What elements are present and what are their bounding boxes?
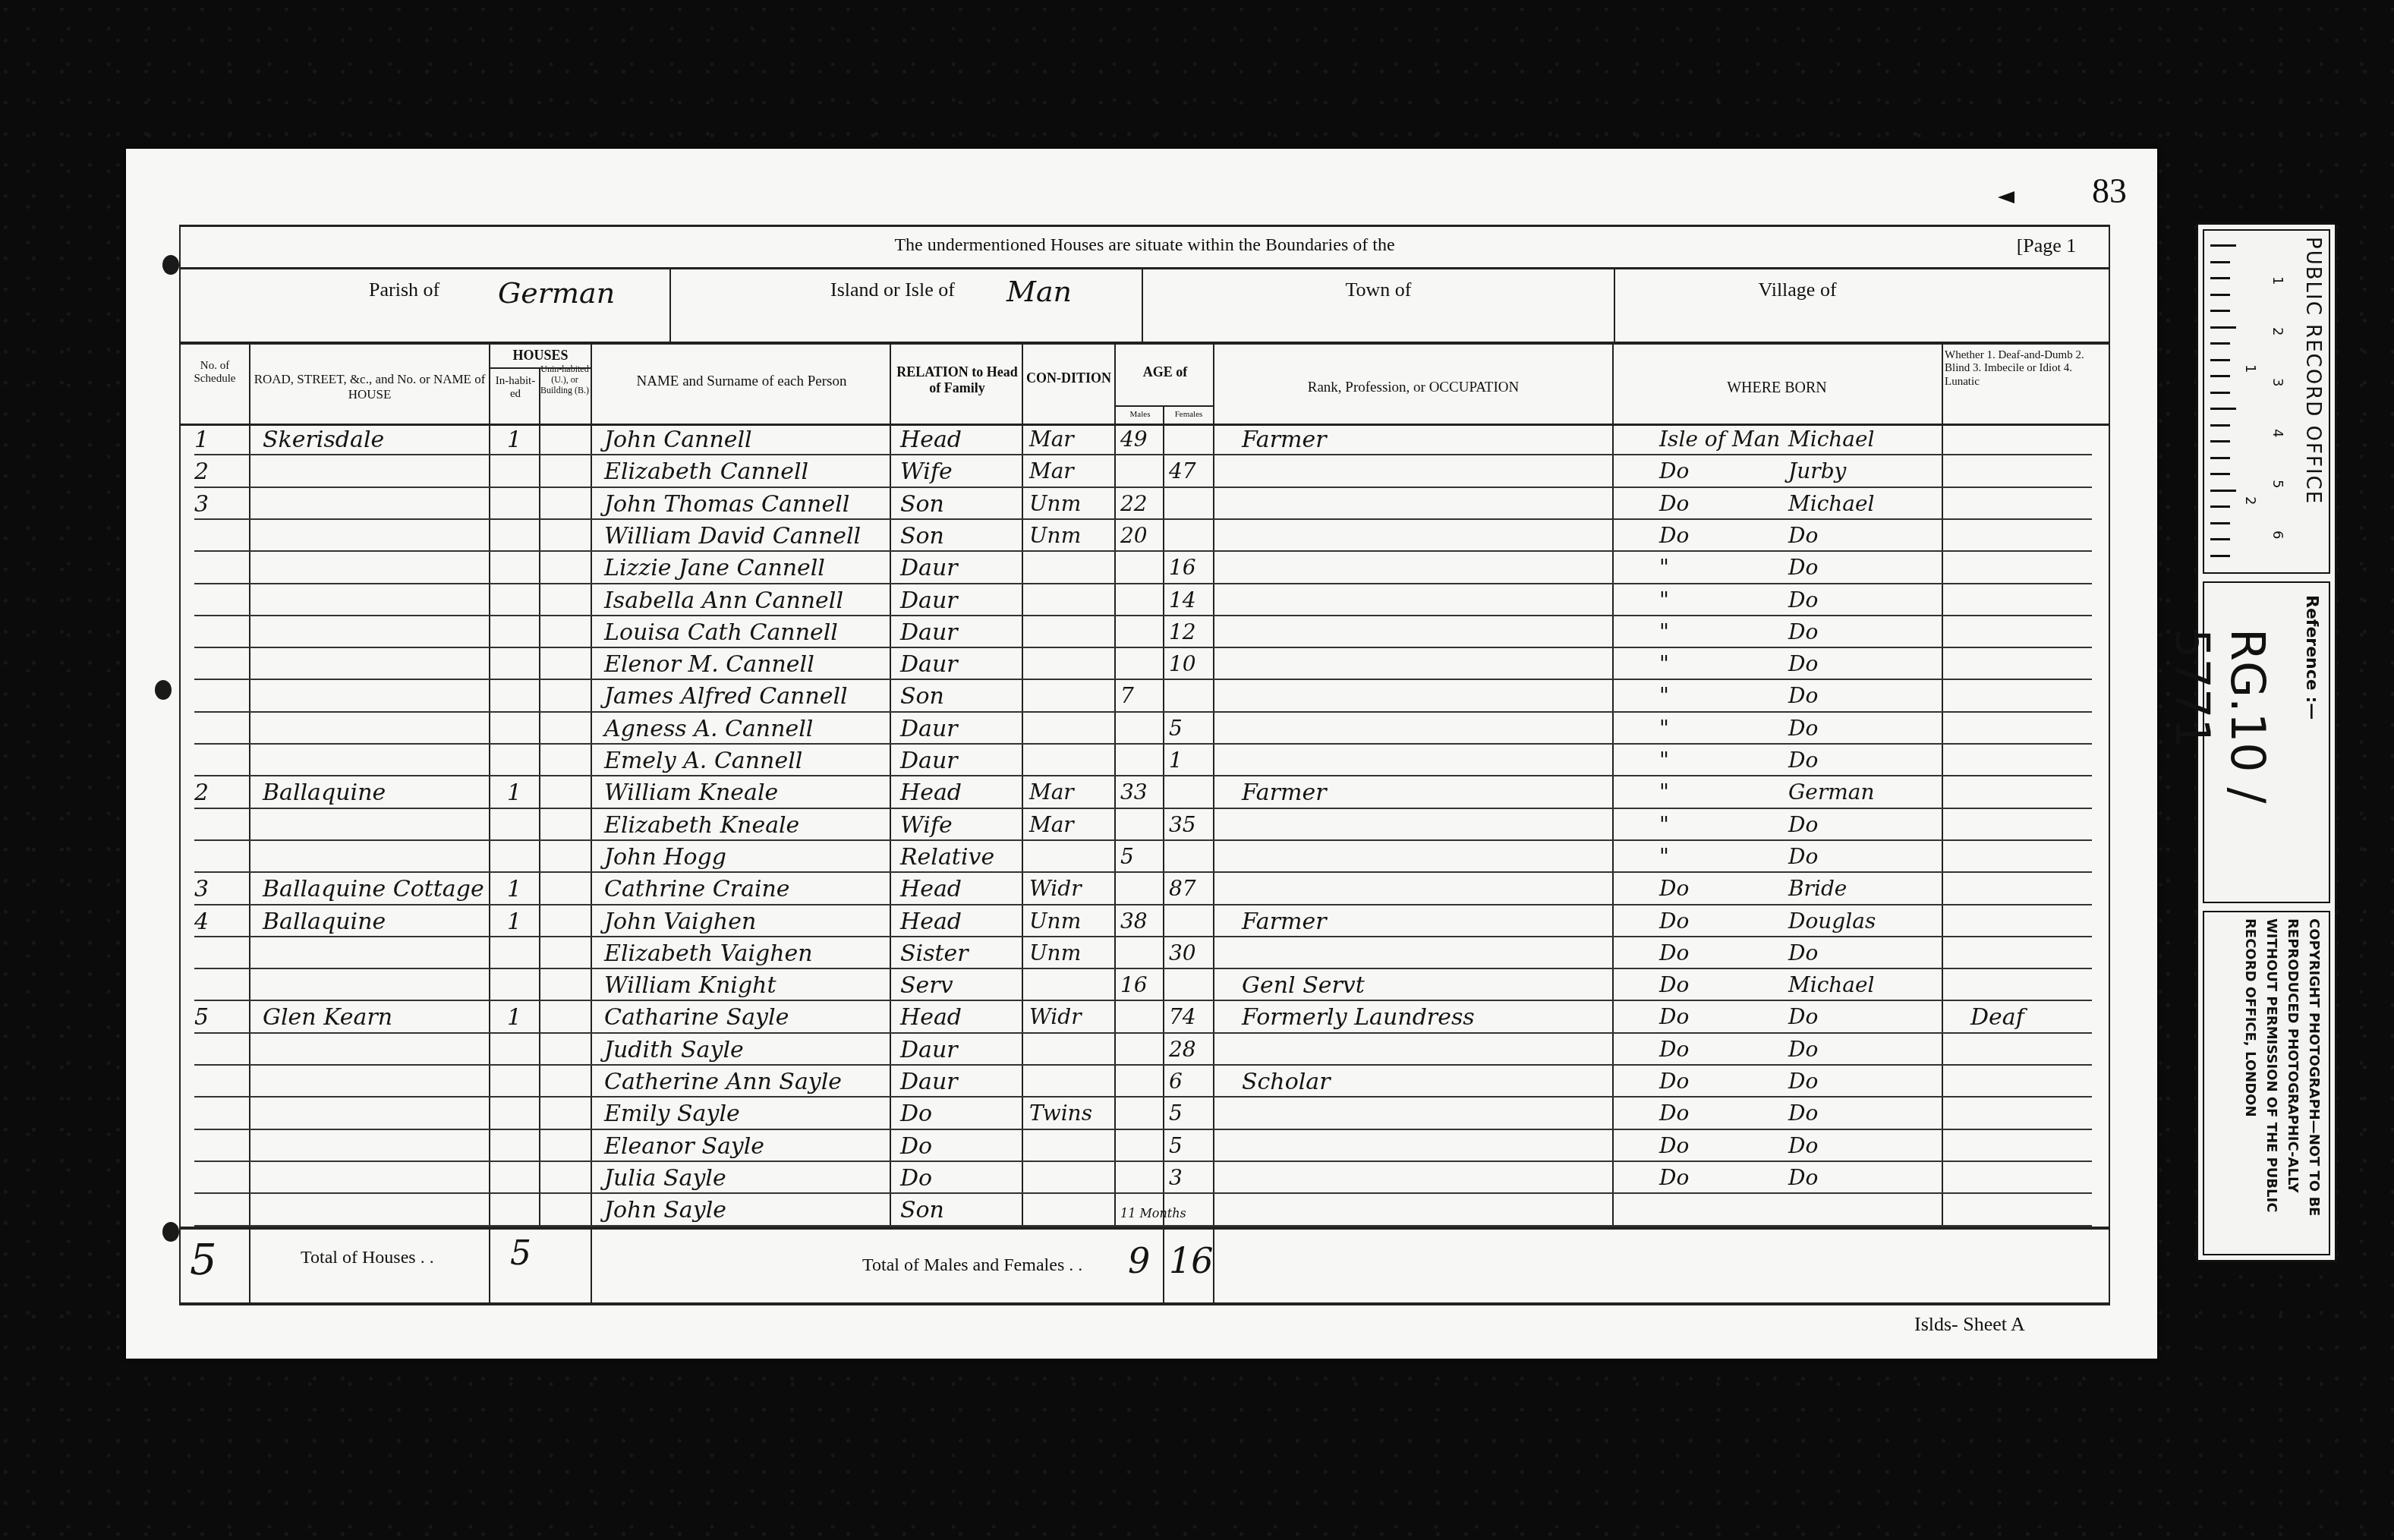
col-females: Females: [1164, 410, 1213, 420]
ruler-tick: [2210, 505, 2230, 508]
male-age: 38: [1120, 909, 1148, 934]
person-name: Cathrine Craine: [604, 876, 790, 902]
reference-box: Reference :— RG.10 / 5771: [2203, 581, 2330, 903]
female-age: 35: [1169, 812, 1196, 837]
row-rule: [194, 871, 2092, 873]
person-name: Elizabeth Cannell: [604, 458, 808, 485]
birthplace-county: ": [1659, 651, 1669, 676]
row-rule: [194, 1192, 2092, 1194]
person-name: Emely A. Cannell: [604, 748, 802, 774]
female-age: 10: [1169, 651, 1196, 676]
male-age: 5: [1120, 844, 1134, 869]
ruler-tick: [2210, 490, 2236, 492]
person-name: William Knight: [604, 972, 776, 999]
birthplace-parish: Do: [1788, 1101, 1818, 1126]
birthplace-parish: Jurby: [1788, 458, 1846, 483]
occupation: Formerly Laundress: [1242, 1004, 1475, 1031]
binding-hole: [162, 255, 179, 275]
person-name: Agness A. Cannell: [604, 716, 813, 742]
relation: Relative: [900, 844, 994, 871]
person-name: John Sayle: [604, 1197, 726, 1223]
row-rule: [194, 936, 2092, 937]
reference-label: Reference :—: [2302, 595, 2321, 720]
condition: Widr: [1029, 1004, 1082, 1029]
relation: Wife: [900, 812, 953, 839]
parish-label: Parish of: [369, 279, 439, 301]
relation: Head: [900, 876, 962, 902]
row-rule: [194, 711, 2092, 713]
condition: Unm: [1029, 491, 1081, 516]
inhabited-count: 1: [507, 779, 521, 806]
birthplace-parish: Do: [1788, 587, 1818, 613]
person-name: William Kneale: [604, 779, 778, 806]
row-rule: [194, 550, 2092, 552]
relation: Son: [900, 1197, 944, 1223]
condition: Twins: [1029, 1101, 1092, 1126]
col-road: ROAD, STREET, &c., and No. or NAME of HO…: [252, 372, 487, 402]
condition: Unm: [1029, 940, 1081, 965]
col-infirmity: Whether 1. Deaf-and-Dumb 2. Blind 3. Imb…: [1945, 349, 2107, 389]
col-condition: CON-DITION: [1023, 370, 1114, 386]
birthplace-county: Do: [1659, 1004, 1689, 1029]
binding-hole: [155, 680, 172, 700]
house-name: Ballaquine: [263, 909, 386, 935]
col-houses: HOUSES: [492, 348, 589, 364]
ruler-cm-label: 3: [2270, 378, 2285, 386]
male-age: 11 Months: [1120, 1206, 1186, 1220]
birthplace-county: Do: [1659, 491, 1689, 516]
birthplace-county: Do: [1659, 1101, 1689, 1126]
female-age: 28: [1169, 1037, 1196, 1062]
female-age: 5: [1169, 716, 1183, 741]
male-age: 33: [1120, 779, 1148, 805]
condition: Widr: [1029, 876, 1082, 901]
person-name: James Alfred Cannell: [604, 683, 848, 710]
total-persons-label: Total of Males and Females . .: [862, 1255, 1082, 1275]
birthplace-county: ": [1659, 716, 1669, 741]
col-uninhabited: Unin-habited (U.), or Building (B.): [540, 364, 589, 395]
ruler-tick: [2210, 244, 2236, 247]
row-rule: [194, 1225, 2092, 1227]
occupation: Scholar: [1242, 1069, 1331, 1095]
page-label: [Page 1: [1986, 235, 2107, 257]
birthplace-county: Do: [1659, 1165, 1689, 1190]
female-age: 14: [1169, 587, 1196, 613]
row-rule: [194, 904, 2092, 905]
copyright-notice: COPYRIGHT PHOTOGRAPH—NOT TO BE REPRODUCE…: [2239, 918, 2324, 1245]
infirmity: Deaf: [1970, 1004, 2024, 1031]
birthplace-parish: Do: [1788, 1004, 1818, 1029]
schedule-number: 4: [194, 909, 209, 935]
copyright-box: COPYRIGHT PHOTOGRAPH—NOT TO BE REPRODUCE…: [2203, 911, 2330, 1255]
relation: Son: [900, 491, 944, 518]
ruler-tick: [2210, 342, 2230, 345]
ruler-cm-label: 5: [2270, 480, 2285, 488]
female-age: 12: [1169, 619, 1196, 644]
ruler-tick: [2210, 359, 2230, 361]
person-name: William David Cannell: [604, 523, 861, 550]
relation: Head: [900, 1004, 962, 1031]
inhabited-count: 1: [507, 909, 521, 935]
col-inhabited: In-habit-ed: [492, 375, 539, 402]
row-rule: [194, 775, 2092, 776]
birthplace-parish: Do: [1788, 748, 1818, 773]
birthplace-county: ": [1659, 683, 1669, 708]
ruler-tick: [2210, 294, 2230, 296]
birthplace-parish: Do: [1788, 1037, 1818, 1062]
relation: Son: [900, 683, 944, 710]
house-name: Ballaquine: [263, 779, 386, 806]
birthplace-parish: Do: [1788, 812, 1818, 837]
condition: Mar: [1029, 458, 1074, 483]
male-age: 7: [1120, 683, 1134, 708]
birthplace-county: Do: [1659, 972, 1689, 997]
female-age: 74: [1169, 1004, 1196, 1029]
ruler-tick: [2210, 555, 2230, 557]
male-age: 16: [1120, 972, 1148, 997]
birthplace-parish: Do: [1788, 940, 1818, 965]
female-age: 5: [1169, 1133, 1183, 1158]
row-rule: [194, 679, 2092, 680]
relation: Do: [900, 1133, 932, 1160]
island-value: Man: [1006, 275, 1072, 308]
birthplace-parish: Michael: [1788, 491, 1875, 516]
birthplace-county: Isle of Man: [1659, 427, 1780, 452]
inhabited-count: 1: [507, 876, 521, 902]
ruler-tick: [2210, 538, 2230, 540]
occupation: Farmer: [1242, 779, 1327, 806]
birthplace-parish: Bride: [1788, 876, 1847, 901]
inhabited-count: 1: [507, 1004, 521, 1031]
person-name: Catharine Sayle: [604, 1004, 789, 1031]
parish-value: German: [498, 276, 615, 310]
relation: Daur: [900, 1069, 958, 1095]
person-name: Eleanor Sayle: [604, 1133, 764, 1160]
birthplace-county: Do: [1659, 940, 1689, 965]
ruler-cm-label: 6: [2270, 531, 2285, 539]
female-age: 6: [1169, 1069, 1183, 1094]
schedule-number: 2: [194, 779, 209, 806]
birthplace-parish: Douglas: [1788, 909, 1876, 934]
female-age: 5: [1169, 1101, 1183, 1126]
male-age: 49: [1120, 427, 1148, 452]
ruler-tick: [2210, 375, 2230, 377]
row-rule: [194, 1032, 2092, 1034]
schedule-number: 3: [194, 876, 209, 902]
birthplace-parish: Michael: [1788, 972, 1875, 997]
total-males: 9: [1128, 1240, 1150, 1281]
birthplace-parish: Do: [1788, 1133, 1818, 1158]
relation: Wife: [900, 458, 953, 485]
village-label: Village of: [1615, 279, 1980, 301]
ruler-tick: [2210, 392, 2230, 394]
birthplace-parish: Do: [1788, 619, 1818, 644]
row-rule: [194, 647, 2092, 648]
relation: Daur: [900, 748, 958, 774]
ruler-tick: [2210, 326, 2236, 329]
col-occupation: Rank, Profession, or OCCUPATION: [1216, 379, 1611, 396]
person-name: Louisa Cath Cannell: [604, 619, 838, 646]
arrow-marker-icon: [1998, 191, 2014, 203]
person-name: Judith Sayle: [604, 1037, 744, 1063]
female-age: 16: [1169, 555, 1196, 580]
birthplace-county: Do: [1659, 876, 1689, 901]
relation: Daur: [900, 555, 958, 581]
relation: Daur: [900, 587, 958, 614]
person-name: John Thomas Cannell: [604, 491, 849, 518]
person-name: Elizabeth Kneale: [604, 812, 799, 839]
relation: Daur: [900, 1037, 958, 1063]
archive-strip: PUBLIC RECORD OFFICE 12345612 Reference …: [2196, 222, 2337, 1262]
house-name: Glen Kearn: [263, 1004, 392, 1031]
person-name: Isabella Ann Cannell: [604, 587, 843, 614]
birthplace-county: Do: [1659, 909, 1689, 934]
birthplace-county: ": [1659, 779, 1669, 805]
condition: Unm: [1029, 909, 1081, 934]
total-houses-label: Total of Houses . .: [301, 1248, 434, 1268]
person-name: Lizzie Jane Cannell: [604, 555, 825, 581]
birthplace-county: ": [1659, 587, 1669, 613]
total-females: 16: [1169, 1240, 1214, 1281]
male-age: 22: [1120, 491, 1148, 516]
birthplace-county: ": [1659, 555, 1669, 580]
col-where-born: WHERE BORN: [1614, 379, 1940, 397]
tally-mark: 5: [190, 1236, 217, 1285]
female-age: 47: [1169, 458, 1196, 483]
birthplace-parish: Do: [1788, 844, 1818, 869]
schedule-number: 3: [194, 491, 209, 518]
condition: Mar: [1029, 427, 1074, 452]
house-name: Ballaquine Cottage: [263, 876, 484, 902]
reference-value: RG.10 / 5771: [2165, 628, 2276, 902]
male-age: 20: [1120, 523, 1148, 548]
birthplace-parish: Do: [1788, 1069, 1818, 1094]
person-name: Emily Sayle: [604, 1101, 740, 1127]
birthplace-parish: Do: [1788, 716, 1818, 741]
relation: Head: [900, 427, 962, 453]
row-rule: [194, 1129, 2092, 1130]
row-rule: [194, 454, 2092, 455]
birthplace-county: ": [1659, 748, 1669, 773]
sheet-label: Islds- Sheet A: [1914, 1313, 2025, 1336]
birthplace-parish: Michael: [1788, 427, 1875, 452]
ruler-tick: [2210, 310, 2230, 312]
row-rule: [194, 1064, 2092, 1066]
person-name: John Vaighen: [604, 909, 756, 935]
row-rule: [194, 1161, 2092, 1162]
birthplace-county: ": [1659, 619, 1669, 644]
birthplace-parish: German: [1788, 779, 1875, 805]
ruler-cm-label: 2: [2270, 327, 2285, 335]
birthplace-parish: Do: [1788, 651, 1818, 676]
person-name: Catherine Ann Sayle: [604, 1069, 842, 1095]
relation: Do: [900, 1165, 932, 1192]
ruler-tick: [2210, 424, 2230, 427]
binding-hole: [162, 1222, 179, 1242]
row-rule: [194, 615, 2092, 616]
person-name: John Hogg: [604, 844, 726, 871]
col-age: AGE of: [1117, 364, 1213, 380]
archive-title: PUBLIC RECORD OFFICE: [2301, 237, 2324, 505]
relation: Head: [900, 779, 962, 806]
form-banner: The undermentioned Houses are situate wi…: [179, 235, 2110, 255]
ruler-tick: [2210, 277, 2230, 279]
relation: Daur: [900, 651, 958, 678]
schedule-number: 5: [194, 1004, 209, 1031]
relation: Daur: [900, 716, 958, 742]
birthplace-county: ": [1659, 812, 1669, 837]
birthplace-parish: Do: [1788, 1165, 1818, 1190]
ruler-tick: [2210, 473, 2230, 475]
town-label: Town of: [1143, 279, 1614, 301]
col-males: Males: [1117, 410, 1163, 420]
inhabited-count: 1: [507, 427, 521, 453]
ruler-tick: [2210, 457, 2230, 459]
birthplace-county: Do: [1659, 523, 1689, 548]
row-rule: [194, 1000, 2092, 1001]
ruler-tick: [2210, 408, 2236, 410]
relation: Daur: [900, 619, 958, 646]
relation: Do: [900, 1101, 932, 1127]
ruler-inch-label: 2: [2242, 496, 2258, 505]
ruler-tick: [2210, 522, 2230, 524]
ruler: PUBLIC RECORD OFFICE 12345612: [2203, 229, 2330, 574]
female-age: 1: [1169, 748, 1183, 773]
schedule-number: 1: [194, 427, 209, 453]
birthplace-county: Do: [1659, 1069, 1689, 1094]
condition: Unm: [1029, 523, 1081, 548]
col-relation: RELATION to Head of Family: [893, 364, 1022, 395]
col-name: NAME and Surname of each Person: [594, 373, 890, 390]
relation: Serv: [900, 972, 953, 999]
birthplace-county: Do: [1659, 458, 1689, 483]
house-name: Skerisdale: [263, 427, 384, 453]
ruler-cm-label: 4: [2270, 429, 2285, 437]
row-rule: [194, 743, 2092, 745]
total-houses-value: 5: [510, 1234, 531, 1273]
folio-number: 83: [2092, 171, 2127, 211]
occupation: Farmer: [1242, 427, 1327, 453]
birthplace-parish: Do: [1788, 555, 1818, 580]
ruler-cm-label: 1: [2270, 276, 2285, 285]
condition: Mar: [1029, 779, 1074, 805]
ruler-tick: [2210, 261, 2230, 263]
schedule-number: 2: [194, 458, 209, 485]
row-rule: [194, 518, 2092, 520]
birthplace-parish: Do: [1788, 683, 1818, 708]
birthplace-county: Do: [1659, 1133, 1689, 1158]
female-age: 87: [1169, 876, 1196, 901]
row-rule: [194, 487, 2092, 488]
person-name: Julia Sayle: [604, 1165, 726, 1192]
ruler-inch-label: 1: [2242, 364, 2258, 373]
birthplace-county: Do: [1659, 1037, 1689, 1062]
row-rule: [194, 839, 2092, 841]
birthplace-county: ": [1659, 844, 1669, 869]
occupation: Farmer: [1242, 909, 1327, 935]
relation: Son: [900, 523, 944, 550]
relation: Head: [900, 909, 962, 935]
person-name: Elenor M. Cannell: [604, 651, 814, 678]
row-rule: [194, 968, 2092, 969]
female-age: 30: [1169, 940, 1196, 965]
female-age: 3: [1169, 1165, 1183, 1190]
person-name: Elizabeth Vaighen: [604, 940, 813, 967]
row-rule: [194, 1096, 2092, 1098]
ruler-tick: [2210, 440, 2230, 442]
row-rule: [194, 583, 2092, 584]
col-schedule: No. of Schedule: [182, 360, 247, 386]
occupation: Genl Servt: [1242, 972, 1365, 999]
birthplace-parish: Do: [1788, 523, 1818, 548]
person-name: John Cannell: [604, 427, 752, 453]
relation: Sister: [900, 940, 969, 967]
census-form: The undermentioned Houses are situate wi…: [179, 225, 2110, 1302]
island-label: Island or Isle of: [830, 279, 955, 301]
condition: Mar: [1029, 812, 1074, 837]
row-rule: [194, 808, 2092, 809]
